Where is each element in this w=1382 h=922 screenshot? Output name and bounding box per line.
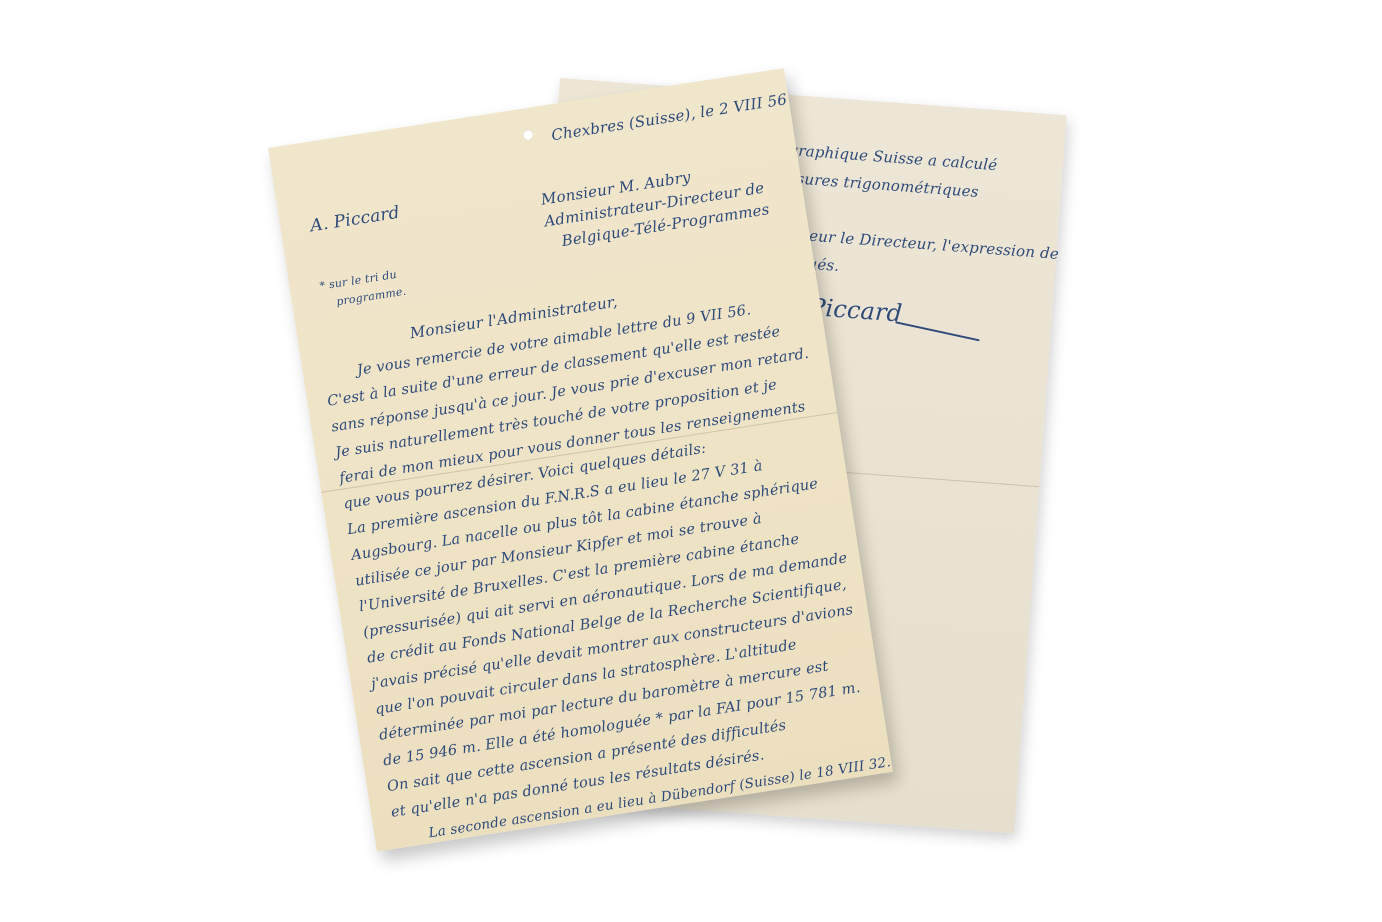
front-sheet-lower-text: Le premier baromètre qui atteint était d… <box>268 68 893 851</box>
signature-flourish <box>895 321 979 341</box>
